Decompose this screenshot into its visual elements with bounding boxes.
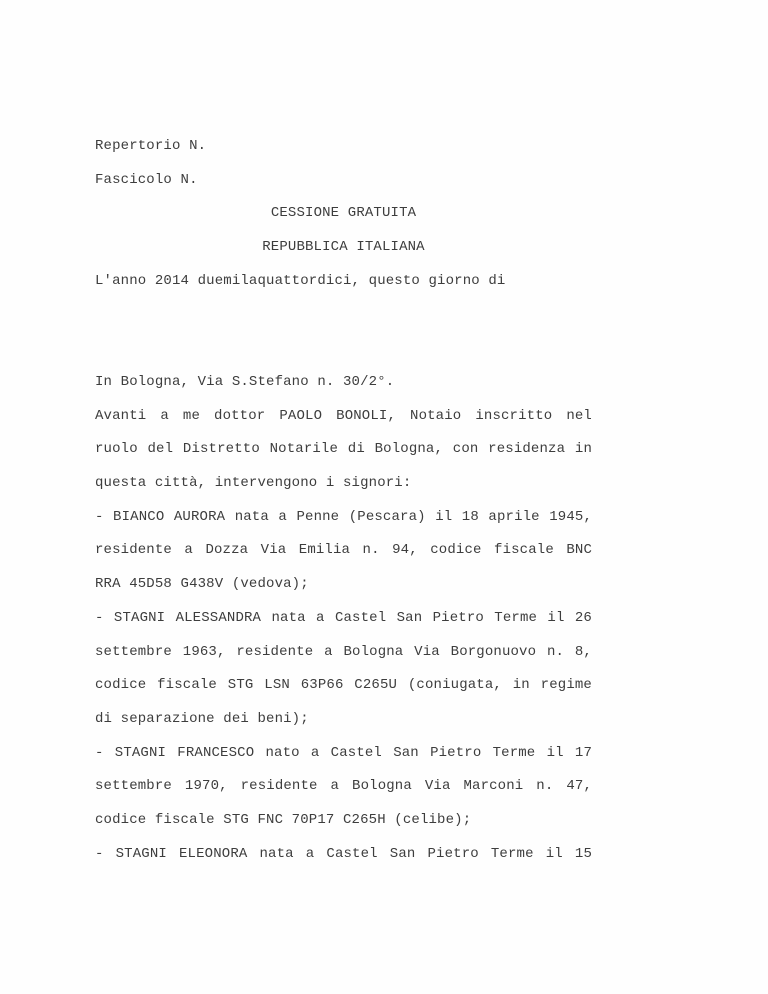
party-bianco-aurora-line-2: residente a Dozza Via Emilia n. 94, codi… — [95, 534, 592, 568]
party-stagni-alessandra-line-4: di separazione dei beni); — [95, 703, 592, 737]
title-cessione-gratuita: CESSIONE GRATUITA — [95, 197, 592, 231]
blank-line — [95, 332, 592, 366]
party-bianco-aurora-line-1: - BIANCO AURORA nata a Penne (Pescara) i… — [95, 501, 592, 535]
fascicolo-number-line: Fascicolo N. — [95, 164, 592, 198]
party-stagni-francesco-line-1: - STAGNI FRANCESCO nato a Castel San Pie… — [95, 737, 592, 771]
place-line: In Bologna, Via S.Stefano n. 30/2°. — [95, 366, 592, 400]
date-line: L'anno 2014 duemilaquattordici, questo g… — [95, 265, 592, 299]
party-bianco-aurora-line-3: RRA 45D58 G438V (vedova); — [95, 568, 592, 602]
notary-line-3: questa città, intervengono i signori: — [95, 467, 592, 501]
title-repubblica-italiana: REPUBBLICA ITALIANA — [95, 231, 592, 265]
party-stagni-francesco-line-2: settembre 1970, residente a Bologna Via … — [95, 770, 592, 804]
party-stagni-eleonora-line-1: - STAGNI ELEONORA nata a Castel San Piet… — [95, 838, 592, 872]
party-stagni-francesco-line-3: codice fiscale STG FNC 70P17 C265H (celi… — [95, 804, 592, 838]
notary-line-1: Avanti a me dottor PAOLO BONOLI, Notaio … — [95, 400, 592, 434]
notary-line-2: ruolo del Distretto Notarile di Bologna,… — [95, 433, 592, 467]
document-page: Repertorio N.Fascicolo N.CESSIONE GRATUI… — [0, 0, 768, 994]
repertorio-number-line: Repertorio N. — [95, 130, 592, 164]
party-stagni-alessandra-line-2: settembre 1963, residente a Bologna Via … — [95, 636, 592, 670]
blank-line — [95, 299, 592, 333]
party-stagni-alessandra-line-1: - STAGNI ALESSANDRA nata a Castel San Pi… — [95, 602, 592, 636]
document-text-block: Repertorio N.Fascicolo N.CESSIONE GRATUI… — [95, 130, 592, 871]
party-stagni-alessandra-line-3: codice fiscale STG LSN 63P66 C265U (coni… — [95, 669, 592, 703]
